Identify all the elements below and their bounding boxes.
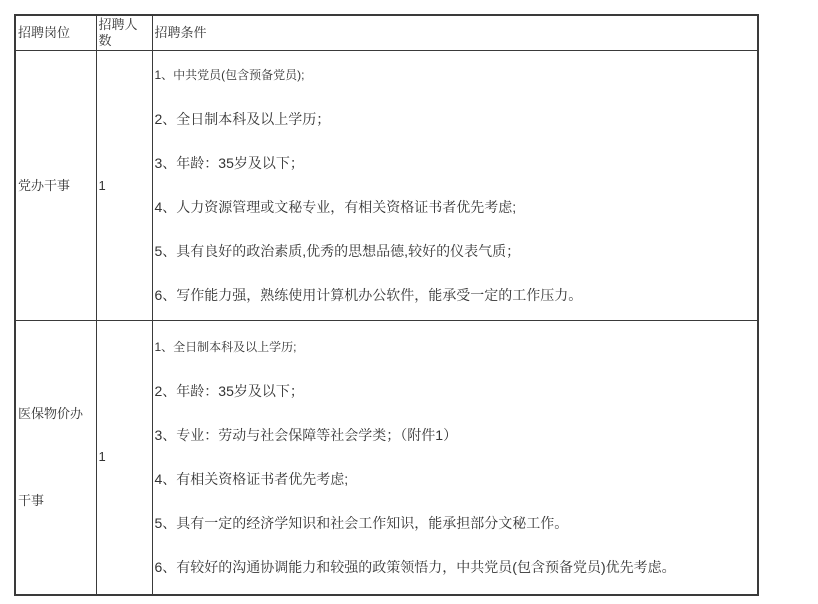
count-cell: 1 (96, 321, 152, 595)
condition-item: 4、有相关资格证书者优先考虑; (155, 471, 756, 488)
position-text: 医保物价办 (18, 406, 94, 422)
position-cell: 党办干事 (15, 51, 96, 321)
header-position: 招聘岗位 (15, 15, 96, 51)
recruitment-table: 招聘岗位 招聘人数 招聘条件 党办干事 1 1、中共党员(包含预备党员); 2、… (14, 14, 759, 596)
position-text: 干事 (18, 493, 94, 509)
condition-item: 1、中共党员(包含预备党员); (155, 67, 756, 83)
condition-item: 6、有较好的沟通协调能力和较强的政策领悟力，中共党员(包含预备党员)优先考虑。 (155, 559, 756, 576)
conditions-cell: 1、全日制本科及以上学历; 2、年龄：35岁及以下； 3、专业：劳动与社会保障等… (152, 321, 758, 595)
position-cell: 医保物价办 干事 (15, 321, 96, 595)
position-text: 党办干事 (18, 178, 94, 194)
count-cell: 1 (96, 51, 152, 321)
condition-item: 2、年龄：35岁及以下； (155, 383, 756, 400)
table-row: 党办干事 1 1、中共党员(包含预备党员); 2、全日制本科及以上学历； 3、年… (15, 51, 758, 321)
condition-item: 3、年龄：35岁及以下； (155, 155, 756, 172)
table-row: 医保物价办 干事 1 1、全日制本科及以上学历; 2、年龄：35岁及以下； 3、… (15, 321, 758, 595)
conditions-cell: 1、中共党员(包含预备党员); 2、全日制本科及以上学历； 3、年龄：35岁及以… (152, 51, 758, 321)
condition-item: 5、具有一定的经济学知识和社会工作知识，能承担部分文秘工作。 (155, 515, 756, 532)
condition-item: 4、人力资源管理或文秘专业，有相关资格证书者优先考虑; (155, 199, 756, 216)
condition-item: 1、全日制本科及以上学历; (155, 339, 756, 355)
header-conditions: 招聘条件 (152, 15, 758, 51)
condition-item: 6、写作能力强，熟练使用计算机办公软件，能承受一定的工作压力。 (155, 287, 756, 304)
table-header-row: 招聘岗位 招聘人数 招聘条件 (15, 15, 758, 51)
header-count: 招聘人数 (96, 15, 152, 51)
page: 招聘岗位 招聘人数 招聘条件 党办干事 1 1、中共党员(包含预备党员); 2、… (0, 0, 818, 604)
condition-item: 5、具有良好的政治素质,优秀的思想品德,较好的仪表气质； (155, 243, 756, 260)
condition-item: 3、专业：劳动与社会保障等社会学类；（附件1） (155, 427, 756, 444)
condition-item: 2、全日制本科及以上学历； (155, 111, 756, 128)
